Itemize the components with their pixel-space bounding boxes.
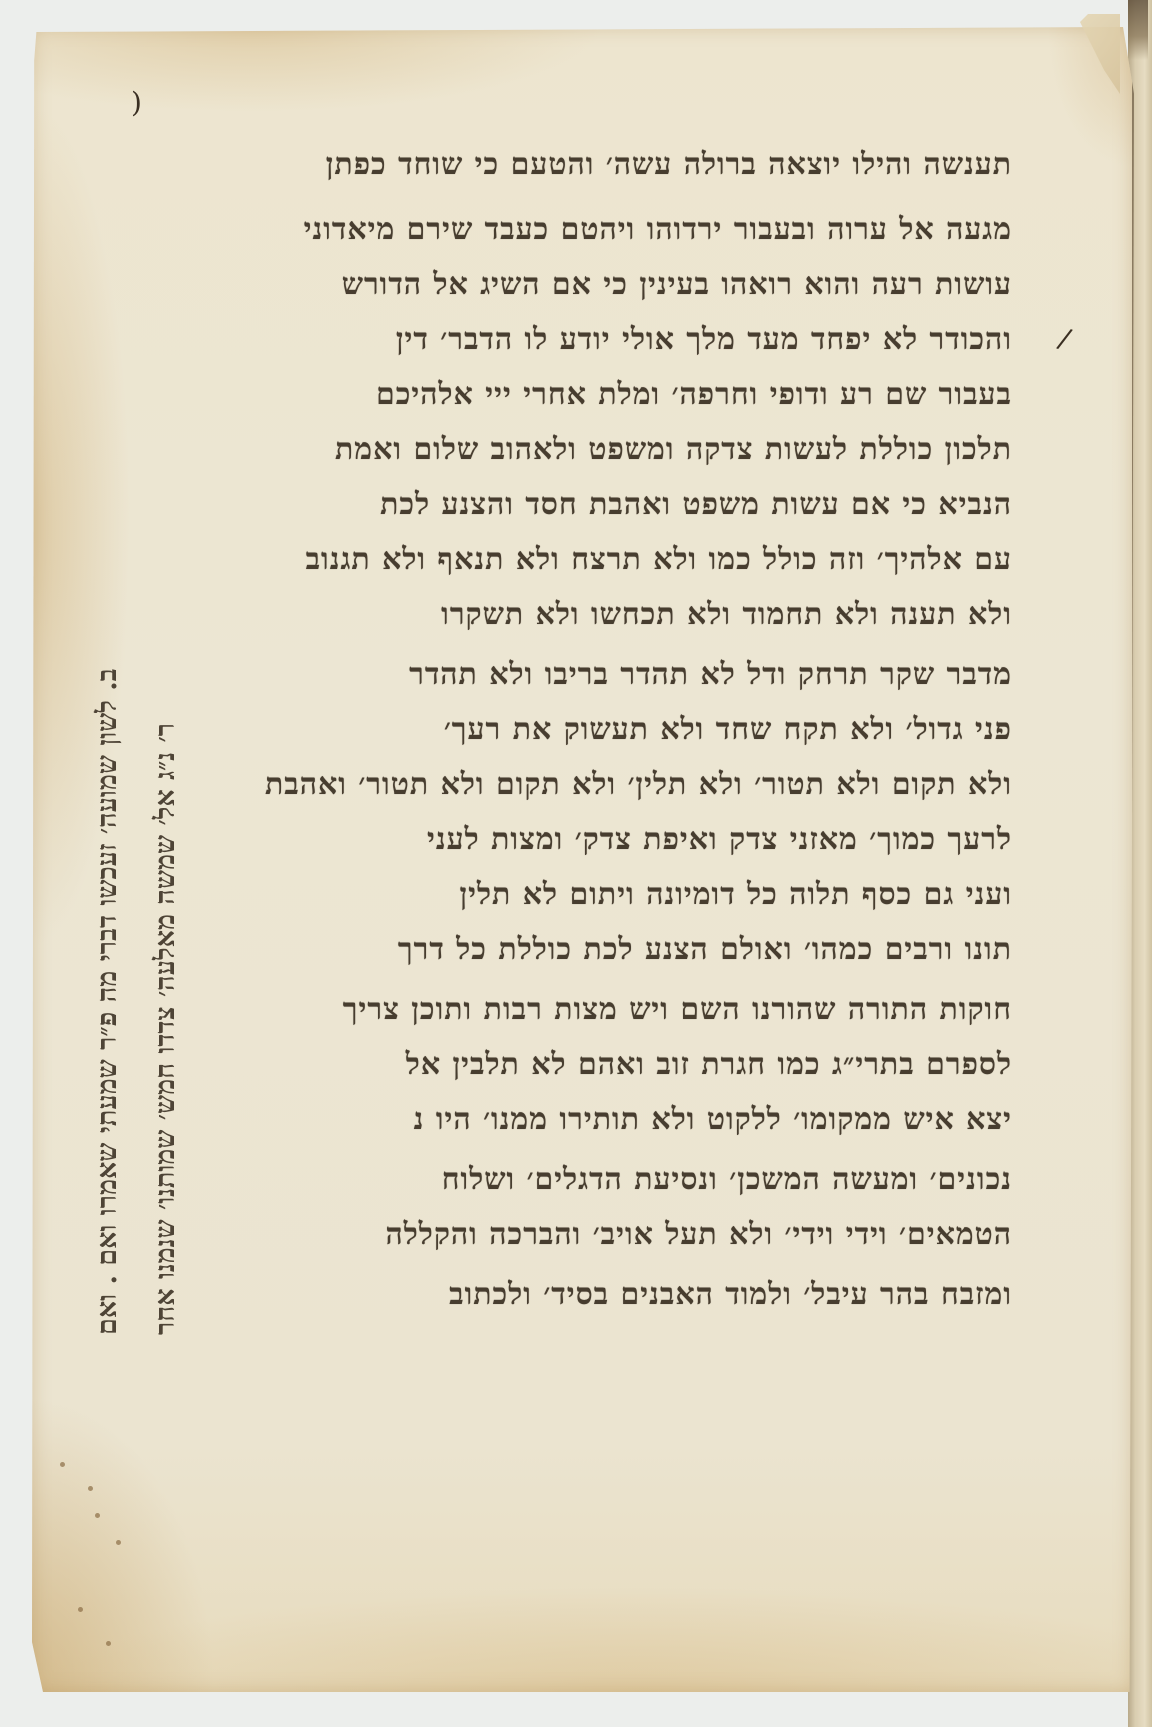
text-line: ולא תקום ולא תטור׳ ולא תלין׳ ולא תקום ול… xyxy=(265,765,1012,805)
text-line: תונו ורבים כמהו׳ ואולם הצנע לכת כוללת כל… xyxy=(398,930,1012,970)
text-line: תענשה והילו יוצאה ברולה עשה׳ והטעם כי שו… xyxy=(326,145,1012,185)
text-line: בעבור שם רע ודופי וחרפה׳ ומלת אחרי ייי א… xyxy=(376,375,1012,415)
foxing-spot xyxy=(88,1486,93,1491)
text-line: עושות רעה והוא רואהו בעינין כי אם השיג א… xyxy=(342,265,1012,305)
text-line: נכונים׳ ומעשה המשכן׳ ונסיעת הדגלים׳ ושלו… xyxy=(442,1160,1012,1200)
foxing-spot xyxy=(106,1641,111,1646)
text-line: ועני גם כסף תלוה כל דומיונה ויתום לא תלי… xyxy=(460,875,1013,915)
foxing-spot xyxy=(60,1462,65,1467)
text-line: הטמאים׳ וידי וידי׳ ולא תעל אויב׳ והברכה … xyxy=(386,1215,1012,1255)
text-line: ולא תענה ולא תחמוד ולא תכחשו ולא תשקרו xyxy=(441,595,1012,635)
text-line: מגעה אל ערוה ובעבור ירדוהו ויהטם כעבד שי… xyxy=(304,210,1012,250)
text-line: לספרם בתרי״ג כמו חגרת זוב ואהם לא תלבין … xyxy=(406,1045,1012,1085)
text-line: לרעך כמוך׳ מאזני צדק ואיפת צדק׳ ומצות לע… xyxy=(427,820,1012,860)
vertical-margin-note-outer: ב. לשון שמועה׳ זעכשו דברי מה פ״ר שמעתי ש… xyxy=(92,668,123,1335)
top-margin-mark: ) xyxy=(131,86,142,119)
text-line: הנביא כי אם עשות משפט ואהבת חסד והצנע לכ… xyxy=(380,485,1012,525)
text-line: יצא איש ממקומו׳ ללקוט ולא תותירו ממנו׳ ה… xyxy=(414,1100,1012,1140)
text-line: פני גדול׳ ולא תקח שחד ולא תעשוק את רעך׳ xyxy=(444,710,1012,750)
text-line: עם אלהיך׳ וזה כולל כמו ולא תרצח ולא תנאף… xyxy=(306,540,1012,580)
foxing-spot xyxy=(116,1540,121,1545)
vertical-margin-note-inner: ר׳ נ״ג אל׳ שמשה מאלעה׳ צדדו חמש׳ שמותנו׳… xyxy=(150,723,181,1335)
foxing-spot xyxy=(95,1513,100,1518)
text-line: תלכון כוללת לעשות צדקה ומשפט ולאהוב שלום… xyxy=(335,430,1012,470)
text-line: מדבר שקר תרחק ודל לא תהדר בריבו ולא תהדר xyxy=(409,655,1012,695)
text-line: והכודר לא יפחד מעד מלך אולי יודע לו הדבר… xyxy=(396,320,1012,360)
foxing-spot xyxy=(78,1607,83,1612)
text-line: ומזבח בהר עיבל׳ ולמוד האבנים בסיד׳ ולכתו… xyxy=(449,1275,1012,1315)
binding-thread-shadow xyxy=(1128,0,1148,60)
text-line: חוקות התורה שהורנו השם ויש מצות רבות ותו… xyxy=(343,990,1012,1030)
